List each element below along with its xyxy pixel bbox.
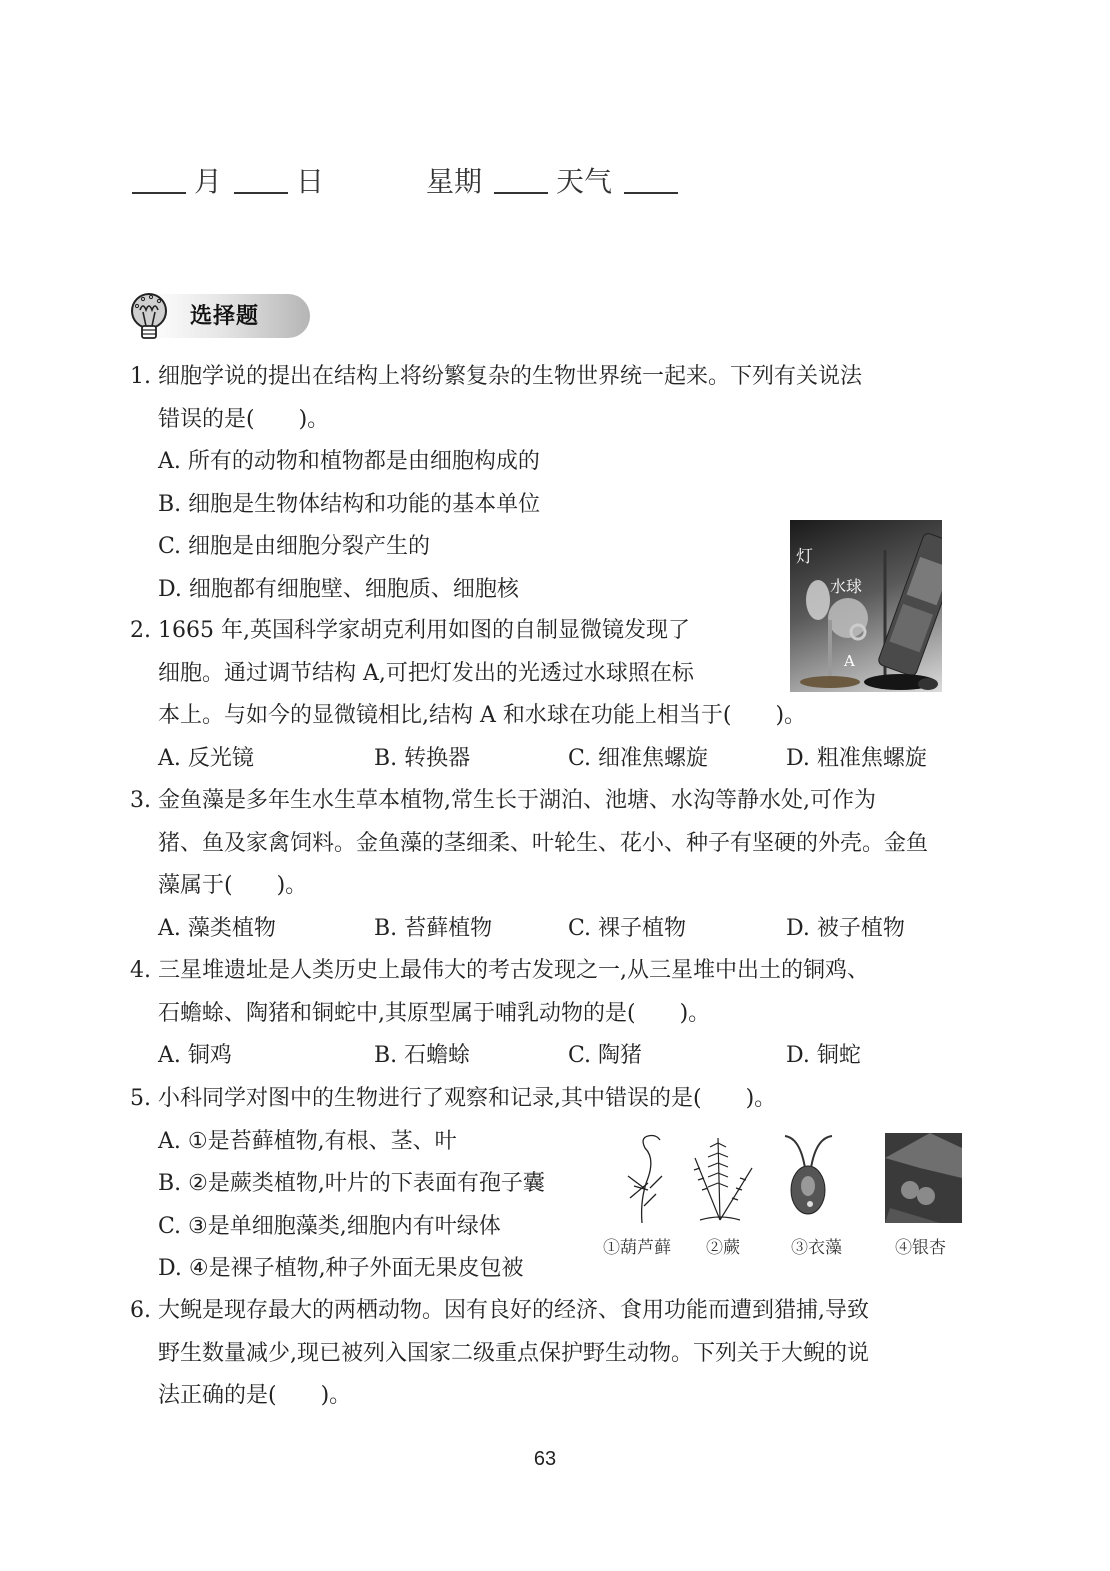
question-stem: 2. 1665 年,英国科学家胡克利用如图的自制显微镜发现了 xyxy=(130,610,927,653)
question-stem: 1. 细胞学说的提出在结构上将纷繁复杂的生物世界统一起来。下列有关说法 xyxy=(130,356,862,399)
option-b[interactable]: B. 石蟾蜍 xyxy=(374,1035,568,1078)
question-stem-cont: 法正确的是( )。 xyxy=(130,1375,869,1418)
option-c[interactable]: C. 细准焦螺旋 xyxy=(568,738,786,781)
label-water-ball: 水球 xyxy=(830,577,862,596)
day-label: 日 xyxy=(296,160,324,200)
option-d[interactable]: D. 铜蛇 xyxy=(786,1035,861,1078)
month-blank[interactable] xyxy=(132,191,186,194)
date-weather-header: 月 日 星期 天气 xyxy=(132,160,686,200)
weather-blank[interactable] xyxy=(624,191,678,194)
question-stem-cont: 藻属于( )。 xyxy=(130,865,928,908)
option-b[interactable]: B. 苔藓植物 xyxy=(374,908,568,951)
option-c[interactable]: C. 裸子植物 xyxy=(568,908,786,951)
caption-2: ②蕨 xyxy=(706,1233,740,1258)
caption-4: ④银杏 xyxy=(895,1233,946,1258)
option-d[interactable]: D. 被子植物 xyxy=(786,908,905,951)
ginkgo-photo xyxy=(885,1133,962,1223)
options-row: A. 铜鸡 B. 石蟾蜍 C. 陶猪 D. 铜蛇 xyxy=(130,1035,869,1078)
section-badge: 选择题 xyxy=(128,290,312,342)
option-d[interactable]: D. 粗准焦螺旋 xyxy=(786,738,927,781)
day-blank[interactable] xyxy=(234,191,288,194)
chlamydomonas-drawing xyxy=(785,1136,832,1214)
weekday-blank[interactable] xyxy=(494,191,548,194)
option-c[interactable]: C. 细胞是由细胞分裂产生的 xyxy=(130,526,862,569)
question-6: 6. 大鲵是现存最大的两栖动物。因有良好的经济、食用功能而遭到猎捕,导致 野生数… xyxy=(130,1290,869,1418)
question-stem-cont: 猪、鱼及家禽饲料。金鱼藻的茎细柔、叶轮生、花小、种子有坚硬的外壳。金鱼 xyxy=(130,823,928,866)
caption-1: ①葫芦藓 xyxy=(603,1233,671,1258)
question-stem-cont: 石蟾蜍、陶猪和铜蛇中,其原型属于哺乳动物的是( )。 xyxy=(130,993,869,1036)
question-stem: 4. 三星堆遗址是人类历史上最伟大的考古发现之一,从三星堆中出土的铜鸡、 xyxy=(130,950,869,993)
fern-drawing xyxy=(694,1138,752,1220)
question-stem-cont: 野生数量减少,现已被列入国家二级重点保护野生动物。下列关于大鲵的说 xyxy=(130,1333,869,1376)
question-4: 4. 三星堆遗址是人类历史上最伟大的考古发现之一,从三星堆中出土的铜鸡、 石蟾蜍… xyxy=(130,950,869,1078)
option-c[interactable]: C. 陶猪 xyxy=(568,1035,786,1078)
caption-3: ③衣藻 xyxy=(791,1233,842,1258)
question-3: 3. 金鱼藻是多年生水生草本植物,常生长于湖泊、池塘、水沟等静水处,可作为 猪、… xyxy=(130,780,928,950)
question-stem: 6. 大鲵是现存最大的两栖动物。因有良好的经济、食用功能而遭到猎捕,导致 xyxy=(130,1290,869,1333)
label-lamp: 灯 xyxy=(796,547,813,567)
option-a[interactable]: A. 藻类植物 xyxy=(158,908,374,951)
weekday-label: 星期 xyxy=(426,160,482,200)
option-d[interactable]: D. 细胞都有细胞壁、细胞质、细胞核 xyxy=(130,569,862,612)
question-stem: 5. 小科同学对图中的生物进行了观察和记录,其中错误的是( )。 xyxy=(130,1078,776,1121)
question-2: 2. 1665 年,英国科学家胡克利用如图的自制显微镜发现了 细胞。通过调节结构… xyxy=(130,610,927,780)
month-label: 月 xyxy=(194,160,222,200)
option-b[interactable]: B. 转换器 xyxy=(374,738,568,781)
moss-drawing xyxy=(628,1136,662,1224)
page-number: 63 xyxy=(0,1448,1090,1471)
option-a[interactable]: A. 反光镜 xyxy=(158,738,374,781)
question-1: 1. 细胞学说的提出在结构上将纷繁复杂的生物世界统一起来。下列有关说法 错误的是… xyxy=(130,356,862,611)
question-stem-cont: 错误的是( )。 xyxy=(130,399,862,442)
options-row: A. 藻类植物 B. 苔藓植物 C. 裸子植物 D. 被子植物 xyxy=(130,908,928,951)
option-d[interactable]: D. ④是裸子植物,种子外面无果皮包被 xyxy=(130,1248,776,1291)
question-stem-cont: 本上。与如今的显微镜相比,结构 A 和水球在功能上相当于( )。 xyxy=(130,695,927,738)
question-stem-cont: 细胞。通过调节结构 A,可把灯发出的光透过水球照在标 xyxy=(130,653,927,696)
section-title: 选择题 xyxy=(190,299,259,330)
options-row: A. 反光镜 B. 转换器 C. 细准焦螺旋 D. 粗准焦螺旋 xyxy=(130,738,927,781)
weather-label: 天气 xyxy=(556,160,612,200)
option-a[interactable]: A. 所有的动物和植物都是由细胞构成的 xyxy=(130,441,862,484)
option-b[interactable]: B. 细胞是生物体结构和功能的基本单位 xyxy=(130,484,862,527)
question-stem: 3. 金鱼藻是多年生水生草本植物,常生长于湖泊、池塘、水沟等静水处,可作为 xyxy=(130,780,928,823)
organisms-figure xyxy=(600,1128,970,1228)
option-a[interactable]: A. 铜鸡 xyxy=(158,1035,374,1078)
lightbulb-icon xyxy=(128,290,178,348)
